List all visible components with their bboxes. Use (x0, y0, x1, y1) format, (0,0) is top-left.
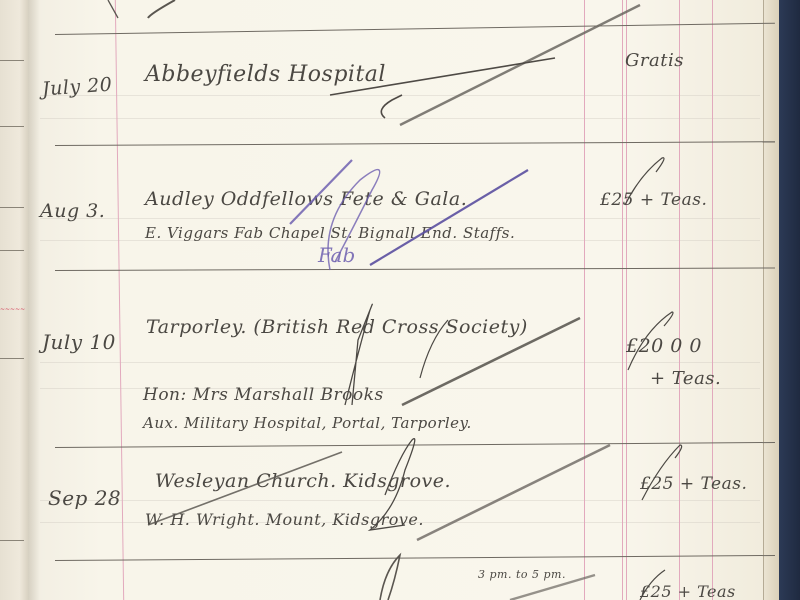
entry-address: Aux. Military Hospital, Portal, Tarporle… (143, 414, 472, 432)
book-cover (779, 0, 800, 600)
entry-description: Wesleyan Church. Kidsgrove. (155, 470, 451, 492)
left-page-red-note: ~~~~~ (0, 306, 25, 313)
entry-fee: £25 + Teas. (640, 474, 747, 494)
entry-fee: £20 0 0 (626, 335, 702, 357)
entry-detail: Hon: Mrs Marshall Brooks (143, 385, 384, 405)
entry-detail: E. Viggars Fab Chapel St. Bignall End. S… (145, 224, 515, 242)
entry-date: July 10 (42, 330, 116, 354)
entry-fee-line2: + Teas. (650, 368, 721, 389)
page-edge (763, 0, 780, 600)
margin-rule-fee-double (622, 0, 627, 600)
entry-description: Audley Oddfellows Fete & Gala. (145, 188, 467, 210)
entry-date: Sep 28 (48, 486, 121, 510)
entry-time-note: 3 pm. to 5 pm. (478, 568, 566, 581)
entry-description: Tarporley. (British Red Cross Society) (146, 316, 528, 338)
entry-description: Abbeyfields Hospital (145, 62, 386, 87)
entry-detail: W. H. Wright. Mount, Kidsgrove. (145, 510, 424, 529)
entry-fee: Gratis (625, 50, 684, 71)
margin-rule-right (712, 0, 713, 600)
adjacent-page-edge: ~~~~~ (0, 0, 29, 600)
entry-date: Aug 3. (40, 200, 105, 222)
entry-fee-partial: £25 + Teas (640, 582, 736, 600)
gutter-shadow (28, 0, 40, 600)
margin-rule-fee-left (584, 0, 585, 600)
margin-rule-pence (679, 0, 680, 600)
entry-fee: £25 + Teas. (600, 190, 707, 210)
